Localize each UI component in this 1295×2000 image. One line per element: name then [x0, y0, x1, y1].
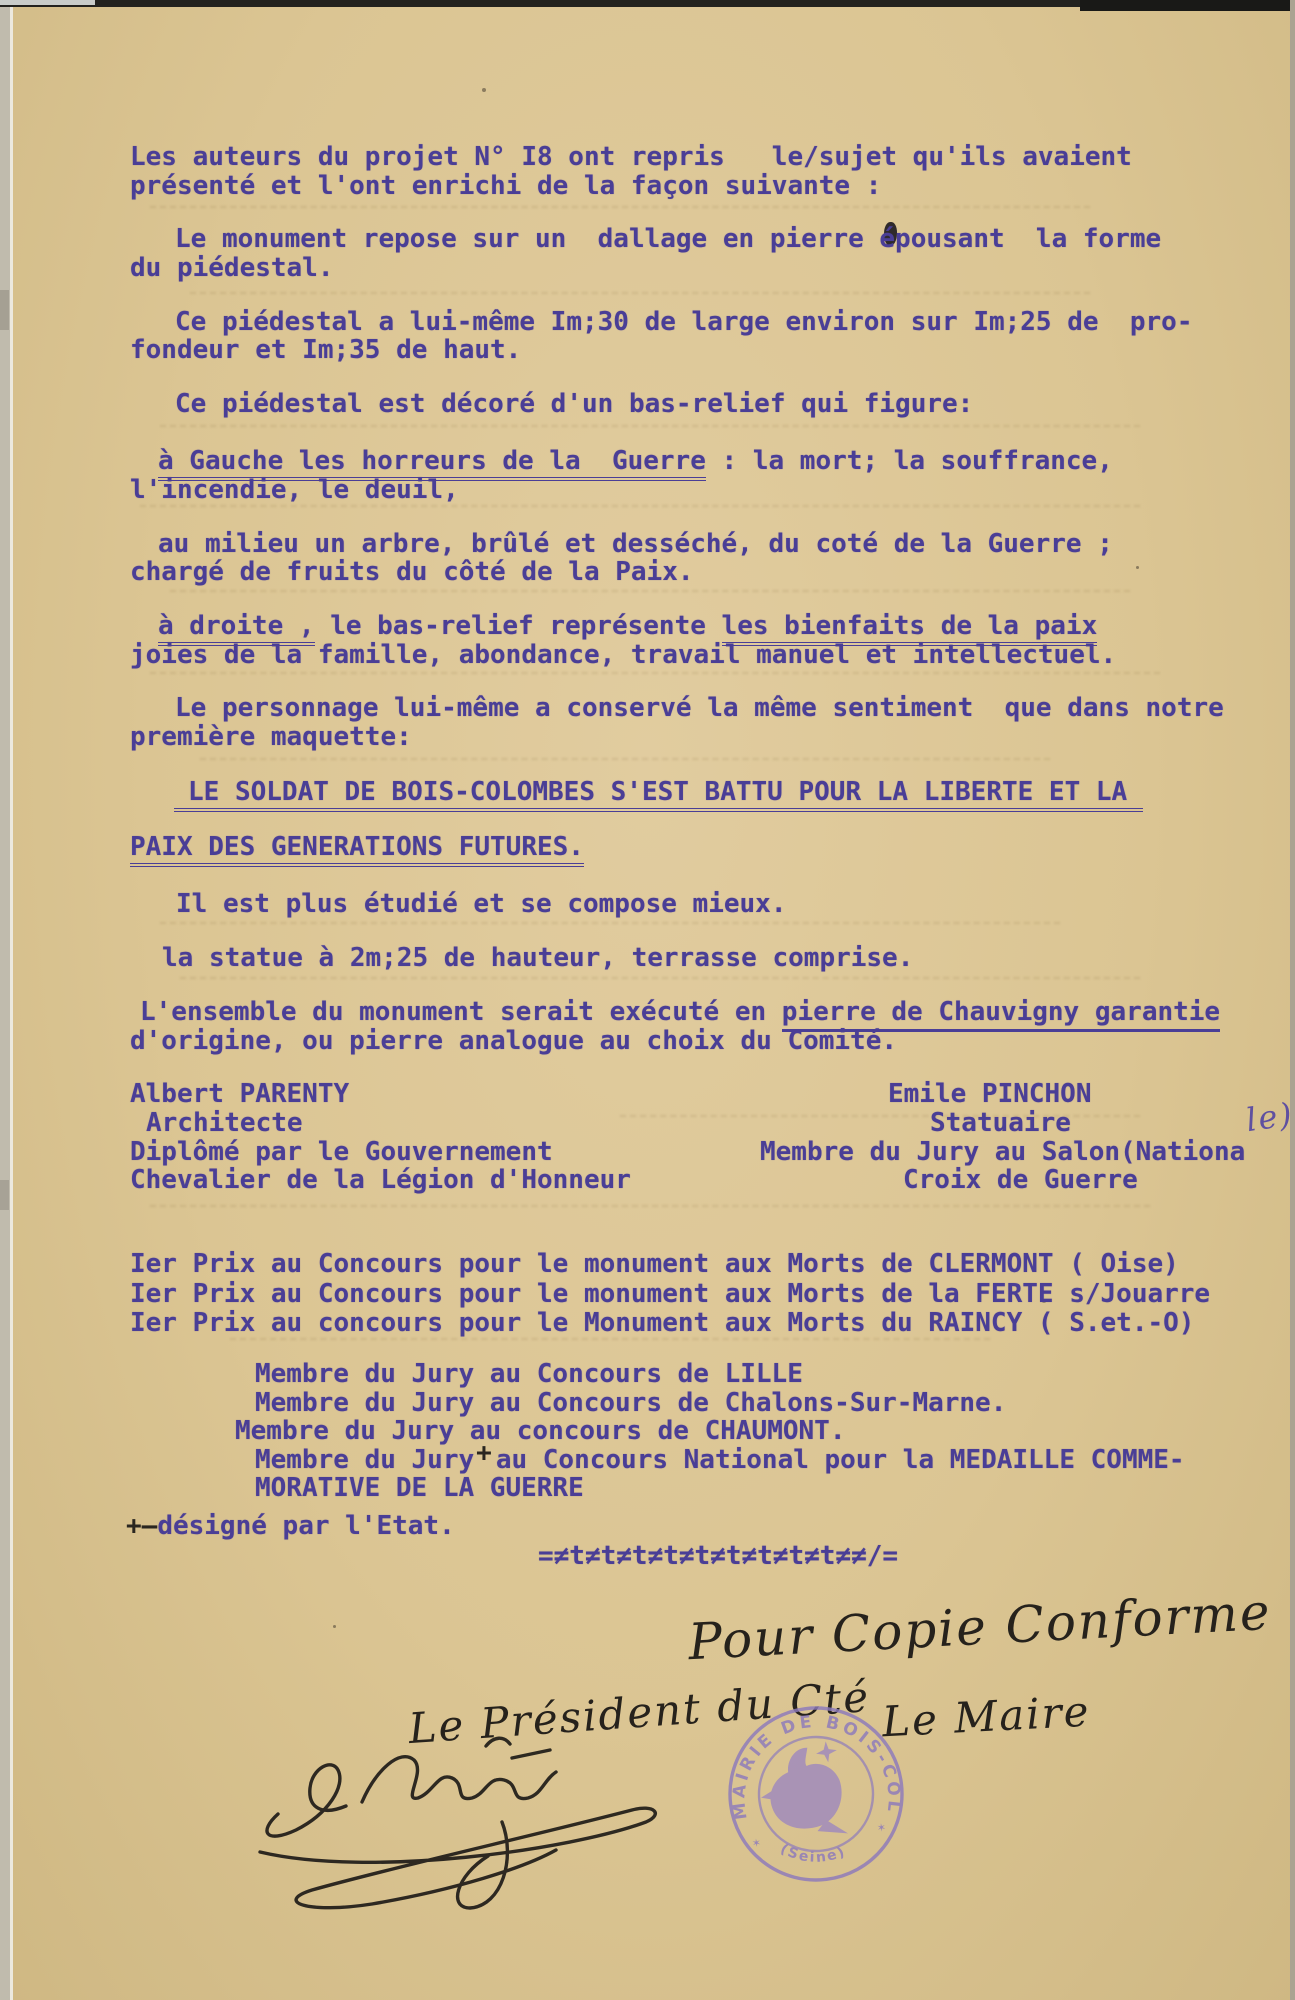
stamp-bottom-text: (Seine) — [776, 1833, 849, 1870]
author-cred-left: Diplômé par le Gouvernement — [130, 1138, 553, 1167]
typed-separator: =≠t≠t≠t≠t≠t≠t≠t≠t≠t≠≠/= — [538, 1542, 898, 1571]
jury-line: Membre du Jury au Concours de Chalons-Su… — [255, 1389, 1006, 1418]
paper-speck — [1136, 566, 1139, 569]
svg-text:(Seine): (Seine) — [776, 1833, 849, 1870]
typed-line: l'incendie, le deuil, — [130, 476, 459, 505]
handwritten-maire-title: Le Maire — [881, 1687, 1092, 1747]
stamp-star-icon: ✶ — [752, 1835, 762, 1851]
paper-speck — [333, 1625, 336, 1628]
ghost-smudge — [180, 977, 1140, 979]
typed-line: fondeur et Im;35 de haut. — [130, 336, 521, 365]
municipal-stamp: MAIRIE DE BOIS-COLOMBES (Seine) ✶ ✶ — [715, 1693, 918, 1896]
footnote-mark: +— — [126, 1511, 157, 1541]
typed-line: la statue à 2m;25 de hauteur, terrasse c… — [162, 944, 913, 973]
ghost-smudge — [150, 672, 1160, 674]
author-role-right: Statuaire — [930, 1109, 1071, 1138]
ghost-smudge — [150, 206, 1090, 208]
typed-line: L'ensemble du monument serait exécuté en… — [140, 998, 1220, 1027]
typed-line: au milieu un arbre, brûlé et desséché, d… — [158, 530, 1113, 559]
underlined-phrase: PAIX DES GENERATIONS FUTURES. — [130, 832, 584, 867]
ghost-smudge — [140, 505, 1140, 507]
underlined-phrase: LE SOLDAT DE BOIS-COLOMBES S'EST BATTU P… — [174, 777, 1143, 812]
typed-text: au Concours National pour la MEDAILLE CO… — [496, 1445, 1185, 1475]
typed-line: Le personnage lui-même a conservé la mêm… — [175, 694, 1224, 723]
author-role-left: Architecte — [146, 1109, 303, 1138]
typed-text: : la mort; la souffrance, — [706, 446, 1113, 476]
scan-edge-left-highlight — [10, 7, 13, 2000]
typed-line: à Gauche les horreurs de la Guerre : la … — [158, 447, 1113, 476]
scan-smudge — [0, 290, 9, 330]
signature — [250, 1710, 680, 1920]
typed-line: d'origine, ou pierre analogue au choix d… — [130, 1027, 897, 1056]
scan-edge-right — [1290, 0, 1295, 2000]
typed-line: chargé de fruits du côté de la Paix. — [130, 558, 694, 587]
scan-edge-top-left — [0, 0, 95, 5]
typed-headline: LE SOLDAT DE BOIS-COLOMBES S'EST BATTU P… — [188, 778, 1143, 807]
prize-line: Ier Prix au Concours pour le monument au… — [130, 1250, 1179, 1279]
typed-line: présenté et l'ont enrichi de la façon su… — [130, 172, 881, 201]
paper-speck — [482, 88, 486, 92]
stamp-star-icon: ✶ — [877, 1820, 887, 1836]
typed-text: le bas-relief représente — [315, 611, 722, 641]
typed-text: L'ensemble du monument serait exécuté en — [140, 997, 782, 1027]
prize-line: Ier Prix au concours pour le Monument au… — [130, 1309, 1194, 1338]
typed-line: Les auteurs du projet N° I8 ont repris l… — [130, 143, 1132, 172]
typed-line: joies de la famille, abondance, travail … — [130, 641, 1116, 670]
scanned-document-page: Les auteurs du projet N° I8 ont repris l… — [0, 0, 1295, 2000]
ghost-smudge — [200, 758, 1050, 760]
jury-line: MORATIVE DE LA GUERRE — [255, 1474, 584, 1503]
scan-smudge — [0, 1180, 9, 1210]
typed-line: Le monument repose sur un dallage en pie… — [175, 225, 1161, 254]
footnote-line: +—désigné par l'Etat. — [126, 1512, 455, 1541]
author-cred-right: Membre du Jury au Salon(Nationa — [760, 1138, 1245, 1167]
prize-line: Ier Prix au Concours pour le monument au… — [130, 1280, 1210, 1309]
handwritten-correction: le) — [1244, 1095, 1295, 1139]
ghost-smudge — [160, 425, 1140, 427]
jury-line: Membre du Jury au concours de CHAUMONT. — [235, 1417, 845, 1446]
author-name-left: Albert PARENTY — [130, 1080, 349, 1109]
jury-line: Membre du Jury+au Concours National pour… — [255, 1446, 1185, 1475]
handwritten-certification: Pour Copie Conforme — [687, 1583, 1273, 1671]
ghost-smudge — [230, 1338, 990, 1340]
ghost-smudge — [160, 922, 1060, 924]
typed-headline: PAIX DES GENERATIONS FUTURES. — [130, 833, 584, 862]
typed-line: première maquette: — [130, 723, 412, 752]
typed-line: Ce piédestal a lui-même Im;30 de large e… — [175, 308, 1192, 337]
ghost-smudge — [170, 590, 1130, 592]
jury-line: Membre du Jury au Concours de LILLE — [255, 1360, 803, 1389]
ghost-smudge — [150, 1205, 1150, 1207]
typed-line: Ce piédestal est décoré d'un bas-relief … — [175, 390, 973, 419]
typed-line: du piédestal. — [130, 254, 334, 283]
scan-edge-top-right — [1080, 0, 1295, 11]
author-name-right: Emile PINCHON — [888, 1080, 1092, 1109]
typed-line: Il est plus étudié et se compose mieux. — [176, 890, 786, 919]
author-cred-left: Chevalier de la Légion d'Honneur — [130, 1166, 631, 1195]
typed-line: à droite , le bas-relief représente les … — [158, 612, 1097, 641]
author-cred-right: Croix de Guerre — [903, 1166, 1138, 1195]
footnote-cross-mark: + — [476, 1438, 492, 1468]
ghost-smudge — [190, 292, 1090, 294]
typed-text: désigné par l'Etat. — [157, 1511, 454, 1541]
typed-text: Membre du Jury — [255, 1445, 474, 1475]
